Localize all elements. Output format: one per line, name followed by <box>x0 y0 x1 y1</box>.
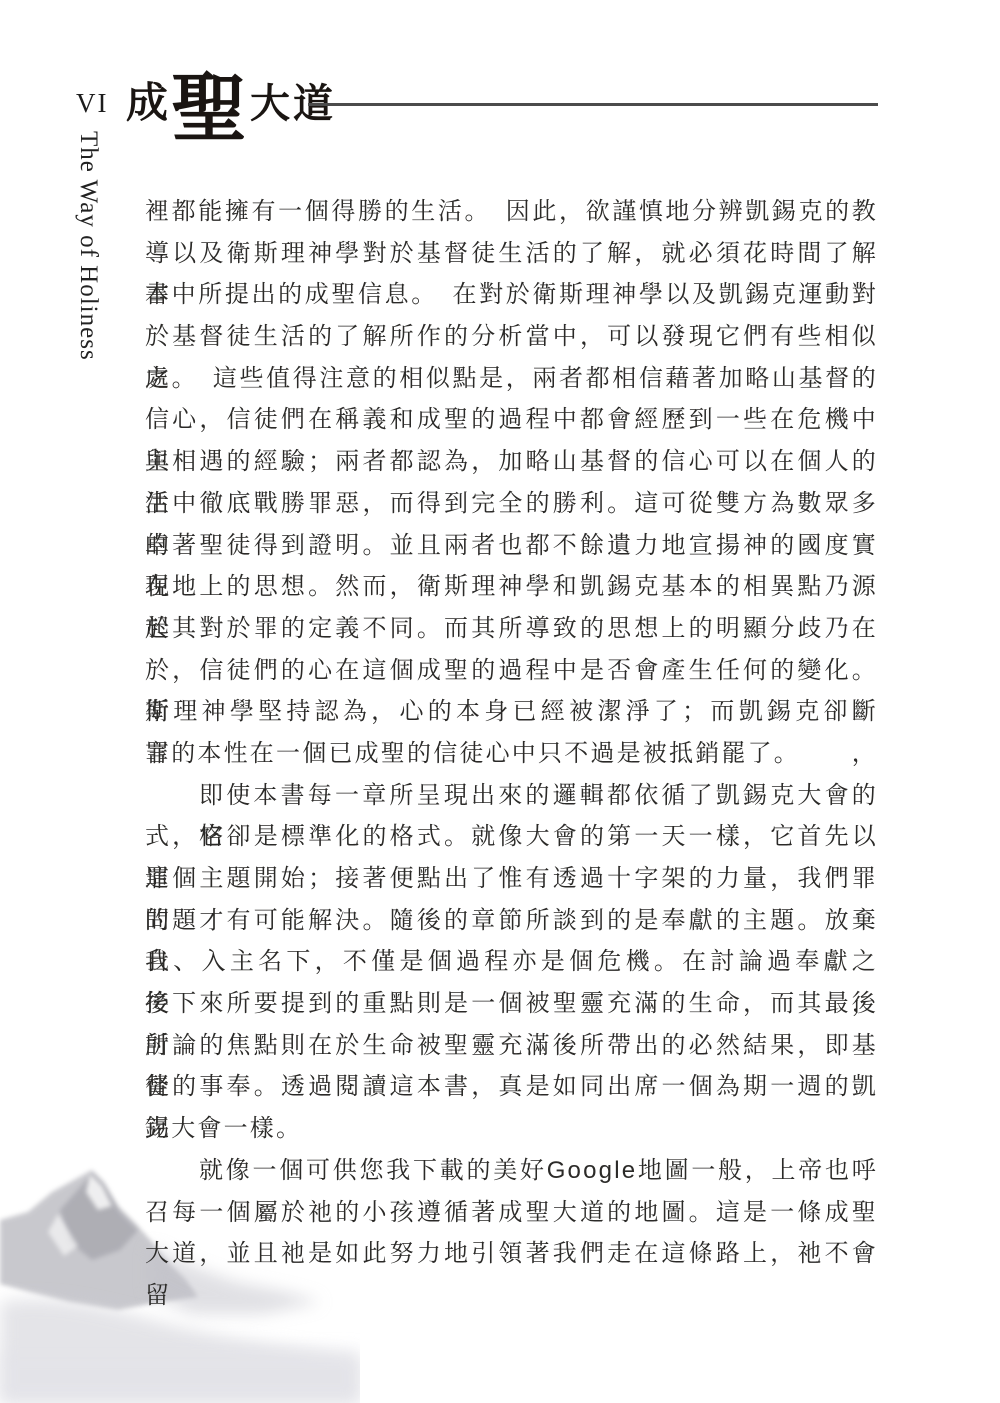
text-line: 徒的事奉。透過閱讀這本書，真是如同出席一個為期一週的凱錫 <box>145 1066 878 1108</box>
text-line: 我、入主名下，不僅是個過程亦是個危機。在討論過奉獻之後， <box>145 941 878 983</box>
text-line: 於其對於罪的定義不同。而其所導致的思想上的明顯分歧乃在 <box>145 608 878 650</box>
text-line: 接下來所要提到的重點則是一個被聖靈充滿的生命，而其最後所 <box>145 983 878 1025</box>
text-line: 書中所提出的成聖信息。 在對於衛斯理神學以及凱錫克運動對 <box>145 274 878 316</box>
title-chars-dadao: 大道 <box>250 72 336 129</box>
body-text: 裡都能擁有一個得勝的生活。 因此，欲謹慎地分辨凱錫克的教導以及衛斯理神學對於基督… <box>145 191 878 1275</box>
text-line: 斯理神學堅持認為，心的本身已經被潔淨了；而凱錫克卻斷言， <box>145 691 878 733</box>
text-line: 召每一個屬於祂的小孩遵循著成聖大道的地圖。這是一條成聖 <box>145 1192 878 1234</box>
header-rule <box>308 103 878 106</box>
text-line: 卓著聖徒得到證明。並且兩者也都不餘遺力地宣揚神的國度實現 <box>145 525 878 567</box>
text-line: 導以及衛斯理神學對於基督徒生活的了解，就必須花時間了解本 <box>145 233 878 275</box>
text-line: 討論的焦點則在於生命被聖靈充滿後所帶出的必然結果，即基督 <box>145 1025 878 1067</box>
text-line: 就像一個可供您我下載的美好Google地圖一般，上帝也呼 <box>145 1150 878 1192</box>
text-line: 罪的本性在一個已成聖的信徒心中只不過是被抵銷罷了。 <box>145 733 878 775</box>
title-char-cheng: 成 <box>126 70 168 130</box>
book-page: VI 成 聖 大道 The Way of Holiness 裡都能擁有一個得勝的… <box>0 0 1000 1403</box>
text-line: 式，它卻是標準化的格式。就像大會的第一天一樣，它首先以罪 <box>145 816 878 858</box>
vertical-english-title: The Way of Holiness <box>74 131 102 361</box>
text-line: 主相遇的經驗；兩者都認為，加略山基督的信心可以在個人的生 <box>145 441 878 483</box>
text-line: 問題才有可能解決。隨後的章節所談到的是奉獻的主題。放棄自 <box>145 900 878 942</box>
text-line: 處。 這些值得注意的相似點是，兩者都相信藉著加略山基督的 <box>145 358 878 400</box>
text-line: 活中徹底戰勝罪惡，而得到完全的勝利。這可從雙方為數眾多的 <box>145 483 878 525</box>
text-line: 於，信徒們的心在這個成聖的過程中是否會產生任何的變化。衛 <box>145 650 878 692</box>
title-char-sheng: 聖 <box>171 48 247 157</box>
text-line: 於基督徒生活的了解所作的分析當中，可以發現它們有些相似之 <box>145 316 878 358</box>
text-line: 這個主題開始；接著便點出了惟有透過十字架的力量，我們罪的 <box>145 858 878 900</box>
text-line: 克大會一樣。 <box>145 1108 878 1150</box>
book-title-calligraphy: 成 聖 大道 <box>126 56 336 140</box>
text-line: 在地上的思想。然而，衛斯理神學和凱錫克基本的相異點乃源起 <box>145 566 878 608</box>
text-line: 裡都能擁有一個得勝的生活。 因此，欲謹慎地分辨凱錫克的教 <box>145 191 878 233</box>
page-number: VI <box>76 88 109 119</box>
text-line: 即使本書每一章所呈現出來的邏輯都依循了凱錫克大會的格 <box>145 775 878 817</box>
text-line: 大道，並且祂是如此努力地引領著我們走在這條路上，祂不會留 <box>145 1233 878 1275</box>
text-line: 信心，信徒們在稱義和成聖的過程中都會經歷到一些在危機中與 <box>145 399 878 441</box>
